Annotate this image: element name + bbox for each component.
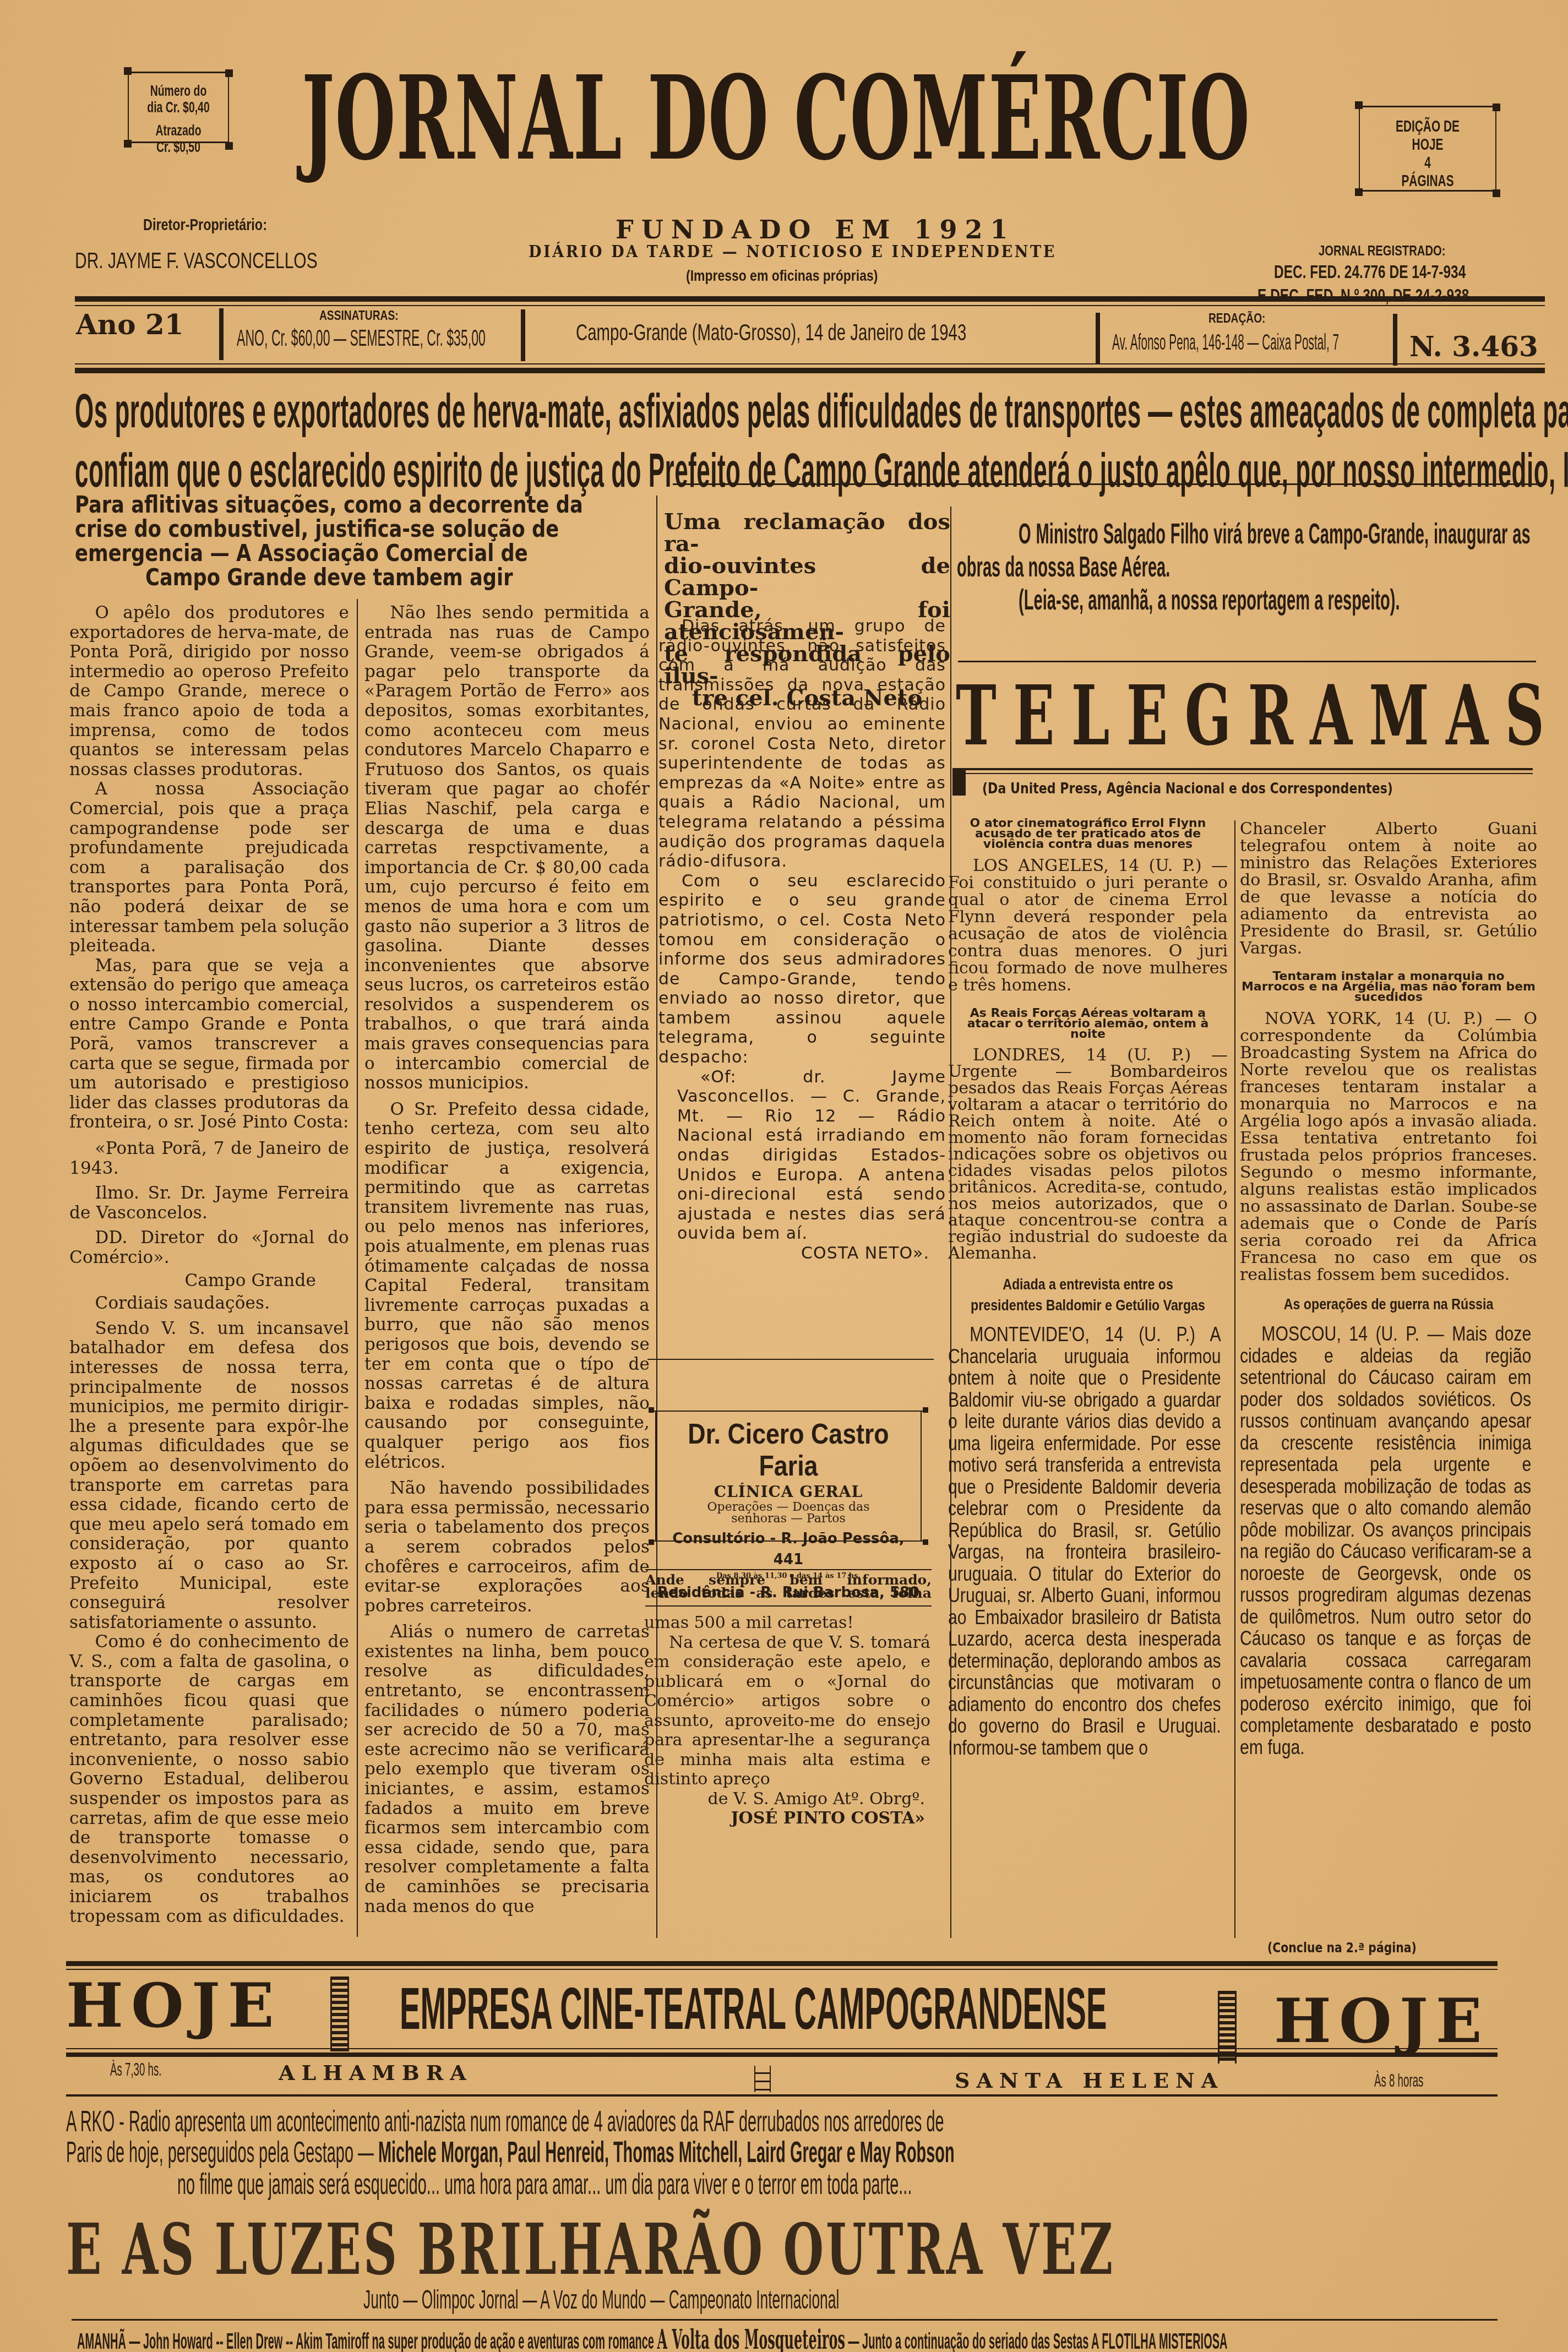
corner-ornament	[1493, 189, 1500, 197]
blurb-text: Paris de hoje, perseguidos pela Gestapo …	[66, 2136, 374, 2169]
dateline: MOSCOU, 14 (U. P. —	[1261, 1322, 1444, 1345]
thin-rule	[66, 2048, 1498, 2049]
edition-line: EDIÇÃO DE	[1379, 118, 1476, 136]
headline-line: dio-ouvintes de Campo-	[664, 555, 950, 599]
ad-services: Operações — Doenças das	[656, 1502, 921, 1513]
thin-rule	[958, 661, 1536, 662]
doctor-ad: Dr. Cicero Castro Faria CLÍNICA GERAL Op…	[655, 1411, 922, 1542]
thin-rule	[66, 2094, 1498, 2097]
tomorrow-listing: AMANHÃ — John Howard -- Ellen Drew -- Ak…	[77, 2324, 1228, 2352]
telegram-body: Mais doze cidades e aldeias da região se…	[1240, 1322, 1531, 1758]
paragraph: Na certesa de que V. S. tomará em consid…	[644, 1633, 930, 1789]
house-ad: Ande sempre bem informado, lendo todas a…	[645, 1574, 932, 1600]
minister-note: O Ministro Salgado Filho virá breve a Ca…	[957, 518, 1535, 617]
telegram-quote: «Of: dr. Jayme Vasconcellos. — C. Grande…	[677, 1068, 946, 1244]
today-right: HOJE	[1274, 1991, 1490, 2051]
thick-rule	[66, 1961, 1498, 1966]
paragraph: Dias atrás, um grupo de rádio-ouvintes, …	[658, 617, 946, 872]
cinema-blurb: Paris de hoje, perseguidos pela Gestapo …	[66, 2135, 955, 2169]
house-ad-line: lendo todas as tardes esta folha	[645, 1587, 932, 1600]
ad-specialty: CLÍNICA GERAL	[656, 1482, 921, 1502]
telegram-subhead: As operações de guerra na Rússia	[1261, 1293, 1516, 1315]
corner-ornament	[923, 1407, 928, 1413]
minister-note-reference: (Leia-se, amanhã, a nossa reportagem a r…	[957, 584, 1531, 617]
letter-greeting: Cordiais saudações.	[69, 1294, 349, 1314]
thin-rule	[75, 305, 1545, 306]
newsroom-address: Av. Afonso Pena, 146-148 — Caixa Postal,…	[1112, 330, 1339, 355]
lead-deck: Para aflitivas situações, como a decorre…	[75, 493, 658, 590]
deck-line: Para aflitivas situações, como a decorre…	[75, 493, 565, 517]
telegram-body: O correspondente da Colúmbia Broadcastin…	[1240, 1009, 1537, 1284]
thin-rule	[673, 483, 1545, 485]
cinema-company: EMPRESA CINE-TEATRAL CAMPOGRANDENSE	[400, 1979, 1107, 2038]
edition-pages: 4	[1379, 154, 1476, 172]
column-divider	[219, 308, 224, 360]
price-late: Cr. $0,50	[143, 139, 214, 155]
cast-list: Michele Morgan, Paul Henreid, Thomas Mit…	[378, 2136, 955, 2169]
cinema-shorts: Junto — Olimpoc Jornal — A Voz do Mundo …	[363, 2285, 839, 2315]
telegram-body: A Chancelaria uruguaia informou ontem à …	[948, 1323, 1221, 1759]
corner-ornament	[649, 1407, 654, 1413]
paragraph: Mas, para que se veja a extensão do peri…	[69, 956, 349, 1133]
showtime-left: Às 7,30 hs.	[110, 2059, 162, 2081]
lead-article-col2: Não lhes sendo permitida a entrada nas r…	[364, 603, 650, 1917]
edition-line: HOJE	[1379, 136, 1476, 154]
newsroom-label: REDAÇÃO:	[1208, 311, 1265, 326]
paragraph: Aliás o numero de carretas existentes na…	[364, 1623, 650, 1917]
hatch-ornament	[330, 1977, 349, 2051]
telegrams-title: TELEGRAMAS	[956, 674, 1341, 757]
paragraph: Como é do conhecimento de V. S., com a f…	[69, 1632, 349, 1926]
main-headline-line2: confiam que o esclarecido espirito de ju…	[75, 445, 1568, 496]
today-left: HOJE	[66, 1975, 282, 2036]
telegram-subhead: O ator cinematográfico Errol Flynn acusa…	[948, 818, 1228, 850]
subscriptions: ANO, Cr. $60,00 — SEMESTRE, Cr. $35,00	[237, 325, 486, 351]
thin-rule	[966, 773, 1533, 774]
place-date: Campo-Grande (Mato-Grosso), 14 de Janeir…	[576, 319, 966, 346]
minister-note-text: O Ministro Salgado Filho virá breve a Ca…	[957, 518, 1531, 584]
dateline: LOS ANGELES, 14 (U. P.)	[973, 856, 1202, 875]
paragraph: Não havendo possibilidades para essa per…	[364, 1479, 650, 1616]
headline-line: Uma reclamação dos ra-	[664, 511, 950, 555]
paragraph: Não lhes sendo permitida a entrada nas r…	[364, 603, 650, 1093]
price-label: Número do	[143, 83, 214, 99]
corner-ornament	[649, 1539, 654, 1545]
thin-rule	[75, 363, 1545, 364]
theater-left: ALHAMBRA	[279, 2060, 473, 2085]
telegram-body: Urgente — Bombardeiros pesados das Reais…	[948, 1062, 1228, 1263]
lead-article-col3: umas 500 a mil carretas! Na certesa de q…	[644, 1613, 930, 1828]
telegram-body: — Foi constituido o juri perante o qual …	[948, 856, 1228, 995]
price-day: dia Cr. $0,40	[143, 99, 214, 116]
thick-rule	[66, 2052, 1498, 2057]
telegram-subhead: Adiada a entrevista entre os presidentes…	[968, 1274, 1208, 1316]
thin-rule	[72, 2319, 1498, 2321]
telegram-item: NOVA YORK, 14 (U. P.) — O correspondente…	[1240, 1010, 1537, 1283]
thin-rule	[966, 768, 1533, 770]
thin-rule	[645, 1569, 932, 1570]
telegram-item: LOS ANGELES, 14 (U. P.) — Foi constituid…	[948, 857, 1228, 994]
telegram-dateline: MOSCOU, 14 (U. P. — Mais doze cidades e …	[1240, 1323, 1531, 1758]
telegram-continuation: Chanceler Alberto Guani telegrafou ontem…	[1240, 820, 1537, 957]
edition-box: EDIÇÃO DE HOJE 4 PÁGINAS	[1359, 106, 1496, 192]
telegrams-col-b: Chanceler Alberto Guani telegrafou ontem…	[1240, 820, 1537, 1758]
year-label: Ano 21	[76, 308, 183, 341]
column-divider	[1393, 314, 1397, 366]
paragraph: A nossa Associação Comercial, pois que a…	[69, 780, 349, 956]
radio-article-body: Dias atrás, um grupo de rádio-ouvintes, …	[658, 617, 946, 1264]
newspaper-title: JORNAL DO COMÉRCIO	[302, 61, 1250, 176]
telegram-dateline: NOVA YORK, 14 (U. P.) — O correspondente…	[1240, 1010, 1537, 1283]
newspaper-page: Número do dia Cr. $0,40 Atrazado Cr. $0,…	[0, 0, 1568, 2352]
ad-services: senhoras — Partos	[656, 1513, 921, 1525]
telegram-item: LONDRES, 14 (U. P.) — Urgente — Bombarde…	[948, 1047, 1228, 1262]
deck-line: emergencia — A Associação Comercial de	[75, 541, 565, 565]
column-divider	[357, 599, 358, 1937]
director-label: Diretor-Proprietário:	[143, 216, 267, 235]
theater-right: SANTA HELENA	[955, 2068, 1224, 2093]
paragraph: Com o seu esclarecido espirito e o seu g…	[658, 872, 946, 1068]
tomorrow-cast: AMANHÃ — John Howard -- Ellen Drew -- Ak…	[77, 2329, 654, 2352]
corner-ornament	[225, 142, 233, 150]
telegram-dateline: MONTEVIDE'O, 14 (U. P.) A Chancelaria ur…	[948, 1324, 1221, 1758]
registration-decree: DEC. FED. 24.776 DE 14-7-934	[1274, 262, 1466, 283]
corner-ornament	[923, 1539, 928, 1545]
main-headline-line1: Os produtores e exportadores de herva-ma…	[75, 385, 1568, 436]
corner-ornament	[124, 67, 132, 75]
letter-salutation: Ilmo. Sr. Dr. Jayme Ferreira de Vasconce…	[69, 1184, 349, 1223]
printed-note: (Impresso em oficinas próprias)	[686, 267, 878, 285]
corner-ornament	[1493, 104, 1500, 111]
corner-ornament	[225, 69, 233, 77]
telegram-subhead: As Reais Forças Aéreas voltaram a atacar…	[948, 1008, 1228, 1039]
ad-office: Consultório - R. João Pessôa, 441	[656, 1528, 921, 1570]
telegram-dateline: LOS ANGELES, 14 (U. P.) — Foi constituid…	[948, 857, 1228, 994]
column-divider	[521, 309, 525, 361]
registration-label: JORNAL REGISTRADO:	[1319, 242, 1446, 259]
deck-line: crise do combustivel, justifica-se soluç…	[75, 517, 565, 541]
dateline: NOVA YORK, 14 (U. P.) —	[1265, 1009, 1511, 1028]
paragraph: O Sr. Prefeito dessa cidade, tenho certe…	[364, 1100, 650, 1472]
corner-ornament	[124, 140, 132, 148]
telegram-item: MONTEVIDE'O, 14 (U. P.) A Chancelaria ur…	[948, 1324, 1221, 1758]
cinema-blurb: no filme que jamais será esquecido... um…	[177, 2167, 912, 2201]
lead-article-col1: O apêlo dos produtores e exportadores de…	[69, 603, 349, 1926]
price-box: Número do dia Cr. $0,40 Atrazado Cr. $0,…	[128, 72, 229, 143]
paragraph: umas 500 a mil carretas!	[644, 1613, 930, 1633]
signature: COSTA NETO».	[658, 1244, 929, 1264]
telegram-item: MOSCOU, 14 (U. P. — Mais doze cidades e …	[1240, 1323, 1531, 1758]
ad-doctor-name: Dr. Cicero Castro Faria	[675, 1418, 902, 1482]
column-divider	[1234, 820, 1235, 1938]
founded-line: FUNDADO EM 1921	[616, 215, 1015, 244]
thin-rule	[645, 1605, 932, 1607]
telegrams-col-a: O ator cinematográfico Errol Flynn acusa…	[948, 818, 1228, 1758]
edition-line: PÁGINAS	[1379, 172, 1476, 190]
showtime-right: Às 8 horas	[1374, 2070, 1423, 2092]
signature: JOSÉ PINTO COSTA»	[644, 1809, 925, 1828]
letter-city: Campo Grande	[69, 1271, 316, 1291]
ornament-block	[952, 768, 966, 796]
signoff: de V. S. Amigo Atº. Obrgº.	[644, 1789, 925, 1809]
feature-title: E AS LUZES BRILHARÃO OUTRA VEZ	[66, 2214, 1115, 2285]
cinema-blurb: A RKO - Radio apresenta um acontecimento…	[66, 2104, 944, 2138]
serial-title: A FLOTILHA MISTERIOSA	[1091, 2329, 1227, 2352]
price-late-label: Atrazado	[143, 122, 214, 139]
director-name: DR. JAYME F. VASCONCELLOS	[75, 249, 318, 274]
telegram-dateline: LONDRES, 14 (U. P.) — Urgente — Bombarde…	[948, 1047, 1228, 1262]
letter-salutation: DD. Diretor do «Jornal do Comércio».	[69, 1228, 349, 1267]
column-divider	[1096, 313, 1100, 364]
tomorrow-serial: — Junto a continuação do seriado das Ses…	[848, 2329, 1089, 2352]
corner-ornament	[1355, 101, 1363, 109]
paragraph: O apêlo dos produtores e exportadores de…	[69, 603, 349, 780]
thin-rule	[647, 1359, 934, 1360]
continued-note: (Conclue na 2.ª página)	[1267, 1940, 1417, 1956]
tomorrow-title: A Volta dos Mosqueteiros	[657, 2324, 845, 2352]
letter-dateline: «Ponta Porã, 7 de Janeiro de 1943.	[69, 1139, 349, 1178]
corner-ornament	[1355, 188, 1363, 196]
deck-line: Campo Grande deve tambem agir	[145, 565, 576, 590]
telegram-body: Chanceler Alberto Guani telegrafou ontem…	[1240, 820, 1537, 957]
paragraph: Sendo V. S. um incansavel batalhador em …	[69, 1319, 349, 1633]
dateline: MONTEVIDE'O, 14 (U. P.)	[970, 1323, 1195, 1346]
issue-number: N. 3.463	[1409, 330, 1538, 363]
telegrams-source: (Da United Press, Agência Nacional e dos…	[982, 781, 1393, 797]
telegram-subhead: Tentaram instalar a monarquia no Marroco…	[1240, 971, 1537, 1003]
thick-rule	[75, 368, 1545, 373]
subscriptions-label: ASSINATURAS:	[319, 308, 399, 324]
thick-rule	[75, 296, 1545, 302]
tagline: DIÁRIO DA TARDE — NOTICIOSO E INDEPENDEN…	[529, 242, 1057, 262]
divider-ornament	[754, 2066, 771, 2092]
